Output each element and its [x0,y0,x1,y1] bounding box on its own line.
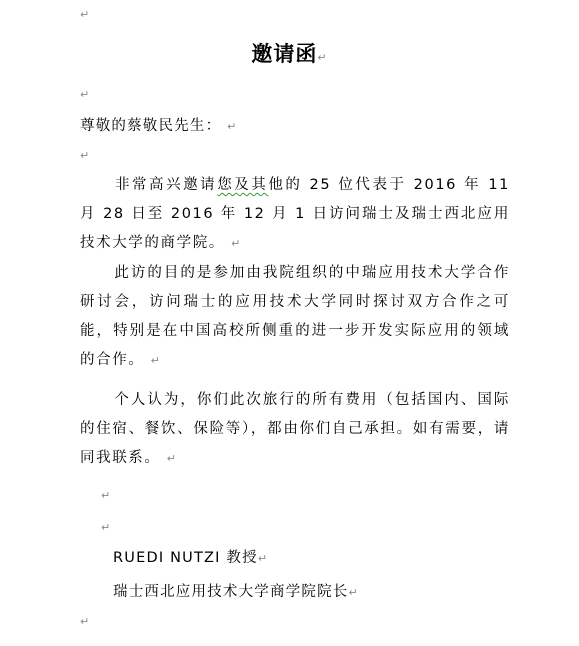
grammar-flagged-text[interactable]: 您及其 [217,177,268,193]
document-page[interactable]: ↵ 邀请函↵ ↵ 尊敬的蔡敬民先生： ↵ ↵ 非常高兴邀请您及其他的 25 位代… [0,0,579,646]
paragraph-mark-icon: ↵ [227,120,237,133]
title-text: 邀请函 [251,41,317,66]
paragraph-text: 个人认为，你们此次旅行的所有费用（包括国内、国际的住宿、餐饮、保险等），都由你们… [80,392,510,466]
paragraph-text: 此访的目的是参加由我院组织的中瑞应用技术大学合作研讨会，访问瑞士的应用技术大学同… [80,265,510,368]
body-paragraph-1[interactable]: 非常高兴邀请您及其他的 25 位代表于 2016 年 11 月 28 日至 20… [80,171,510,258]
document-title[interactable]: 邀请函↵ [0,38,579,68]
empty-paragraph[interactable]: ↵ [101,519,111,535]
paragraph-mark-icon: ↵ [151,354,162,367]
signature-name-text: RUEDI NUTZI 教授 [113,550,258,566]
paragraph-mark-icon: ↵ [101,489,111,502]
paragraph-mark-icon: ↵ [80,8,90,21]
paragraph-mark-icon: ↵ [317,51,327,64]
signature-position[interactable]: 瑞士西北应用技术大学商学院院长↵ [113,580,359,601]
body-paragraph-3[interactable]: 个人认为，你们此次旅行的所有费用（包括国内、国际的住宿、餐饮、保险等），都由你们… [80,386,510,473]
paragraph-mark-icon: ↵ [167,452,178,465]
paragraph-mark-icon: ↵ [80,149,90,162]
paragraph-mark-icon: ↵ [258,552,268,565]
paragraph-mark-icon: ↵ [231,237,242,250]
empty-paragraph[interactable]: ↵ [80,613,90,629]
signature-position-text: 瑞士西北应用技术大学商学院院长 [113,584,349,600]
empty-paragraph[interactable]: ↵ [80,6,90,22]
empty-paragraph[interactable]: ↵ [80,147,90,163]
paragraph-mark-icon: ↵ [349,586,359,599]
salutation[interactable]: 尊敬的蔡敬民先生： ↵ [80,114,238,135]
empty-paragraph[interactable]: ↵ [80,86,90,102]
empty-paragraph[interactable]: ↵ [101,487,111,503]
signature-name[interactable]: RUEDI NUTZI 教授↵ [113,546,268,567]
salutation-text: 尊敬的蔡敬民先生： [80,118,221,134]
paragraph-text: 非常高兴邀请 [114,177,217,193]
paragraph-mark-icon: ↵ [80,88,90,101]
paragraph-mark-icon: ↵ [101,521,111,534]
body-paragraph-2[interactable]: 此访的目的是参加由我院组织的中瑞应用技术大学合作研讨会，访问瑞士的应用技术大学同… [80,259,510,375]
paragraph-mark-icon: ↵ [80,615,90,628]
